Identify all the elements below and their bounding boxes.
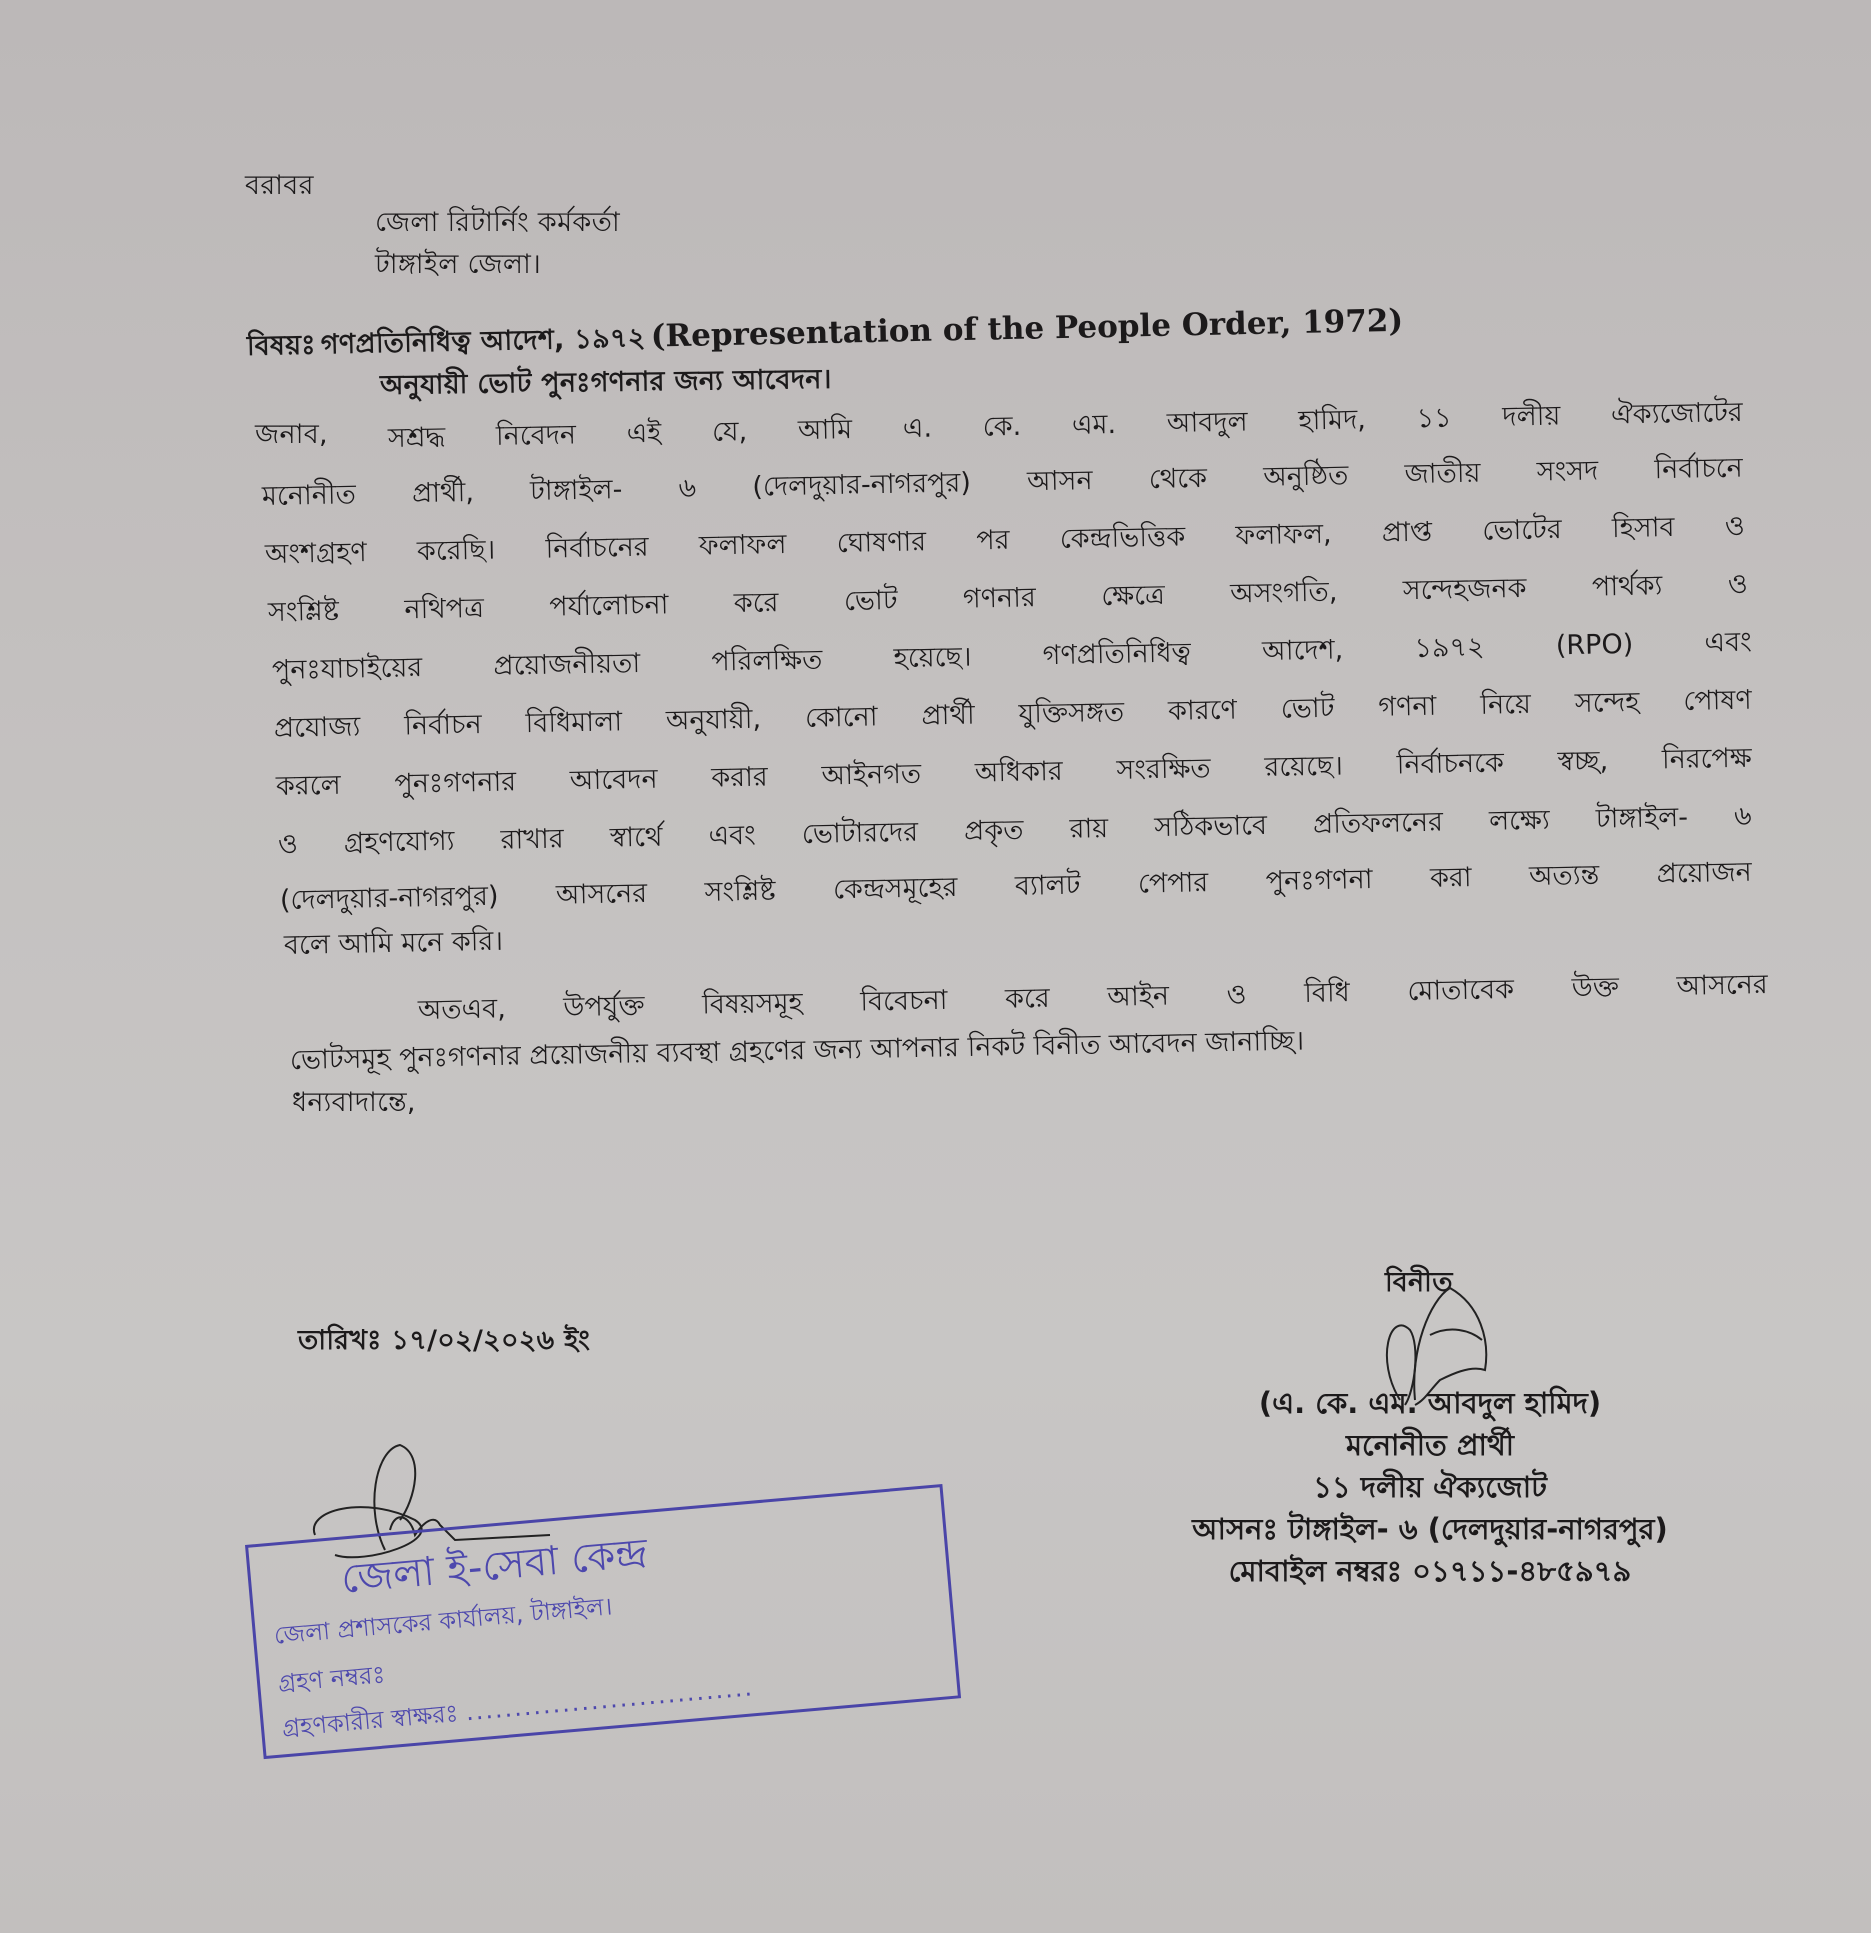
recipient-line-2: টাঙ্গাইল জেলা।: [375, 244, 541, 289]
stamp-dots: ..............................: [465, 1673, 755, 1726]
body-line: বলে আমি মনে করি।: [284, 921, 504, 970]
signer-seat: আসনঃ টাঙ্গাইল- ৬ (দেলদুয়ার-নাগরপুর): [1100, 1508, 1760, 1550]
subject-en: (Representation of the People Order, 197…: [650, 303, 1403, 355]
signer-mobile: মোবাইল নম্বরঃ ০১৭১১-৪৮৫৯৭৯: [1100, 1550, 1760, 1592]
salutation-to: বরাবর: [245, 165, 314, 210]
signer-role: মনোনীত প্রার্থী: [1100, 1424, 1760, 1466]
date: তারিখঃ ১৭/০২/২০২৬ ইং: [298, 1320, 590, 1365]
date-label: তারিখঃ: [298, 1325, 382, 1356]
stamp-receipt-number: গ্রহণ নম্বরঃ: [277, 1656, 387, 1705]
thanks: ধন্যবাদান্তে,: [292, 1082, 416, 1127]
subject-line-2: অনুযায়ী ভোট পুনঃগণনার জন্য আবেদন।: [380, 359, 832, 410]
signer-name: (এ. কে. এম. আবদুল হামিদ): [1100, 1382, 1760, 1424]
signer-party: ১১ দলীয় ঐক্যজোট: [1100, 1466, 1760, 1508]
date-value: ১৭/০২/২০২৬ ইং: [391, 1325, 590, 1356]
subject-label: বিষয়ঃ: [247, 330, 316, 362]
signer-block: (এ. কে. এম. আবদুল হামিদ) মনোনীত প্রার্থী…: [1100, 1382, 1760, 1592]
subject-bn: গণপ্রতিনিধিত্ব আদেশ, ১৯৭২: [321, 323, 646, 361]
letter-page: বরাবর জেলা রিটার্নিং কর্মকর্তা টাঙ্গাইল …: [0, 0, 1871, 1933]
recipient-line-1: জেলা রিটার্নিং কর্মকর্তা: [375, 202, 620, 247]
stamp-receiver-sign-label: গ্রহণকারীর স্বাক্ষরঃ: [281, 1699, 460, 1742]
greeting: জনাব,: [255, 414, 328, 459]
